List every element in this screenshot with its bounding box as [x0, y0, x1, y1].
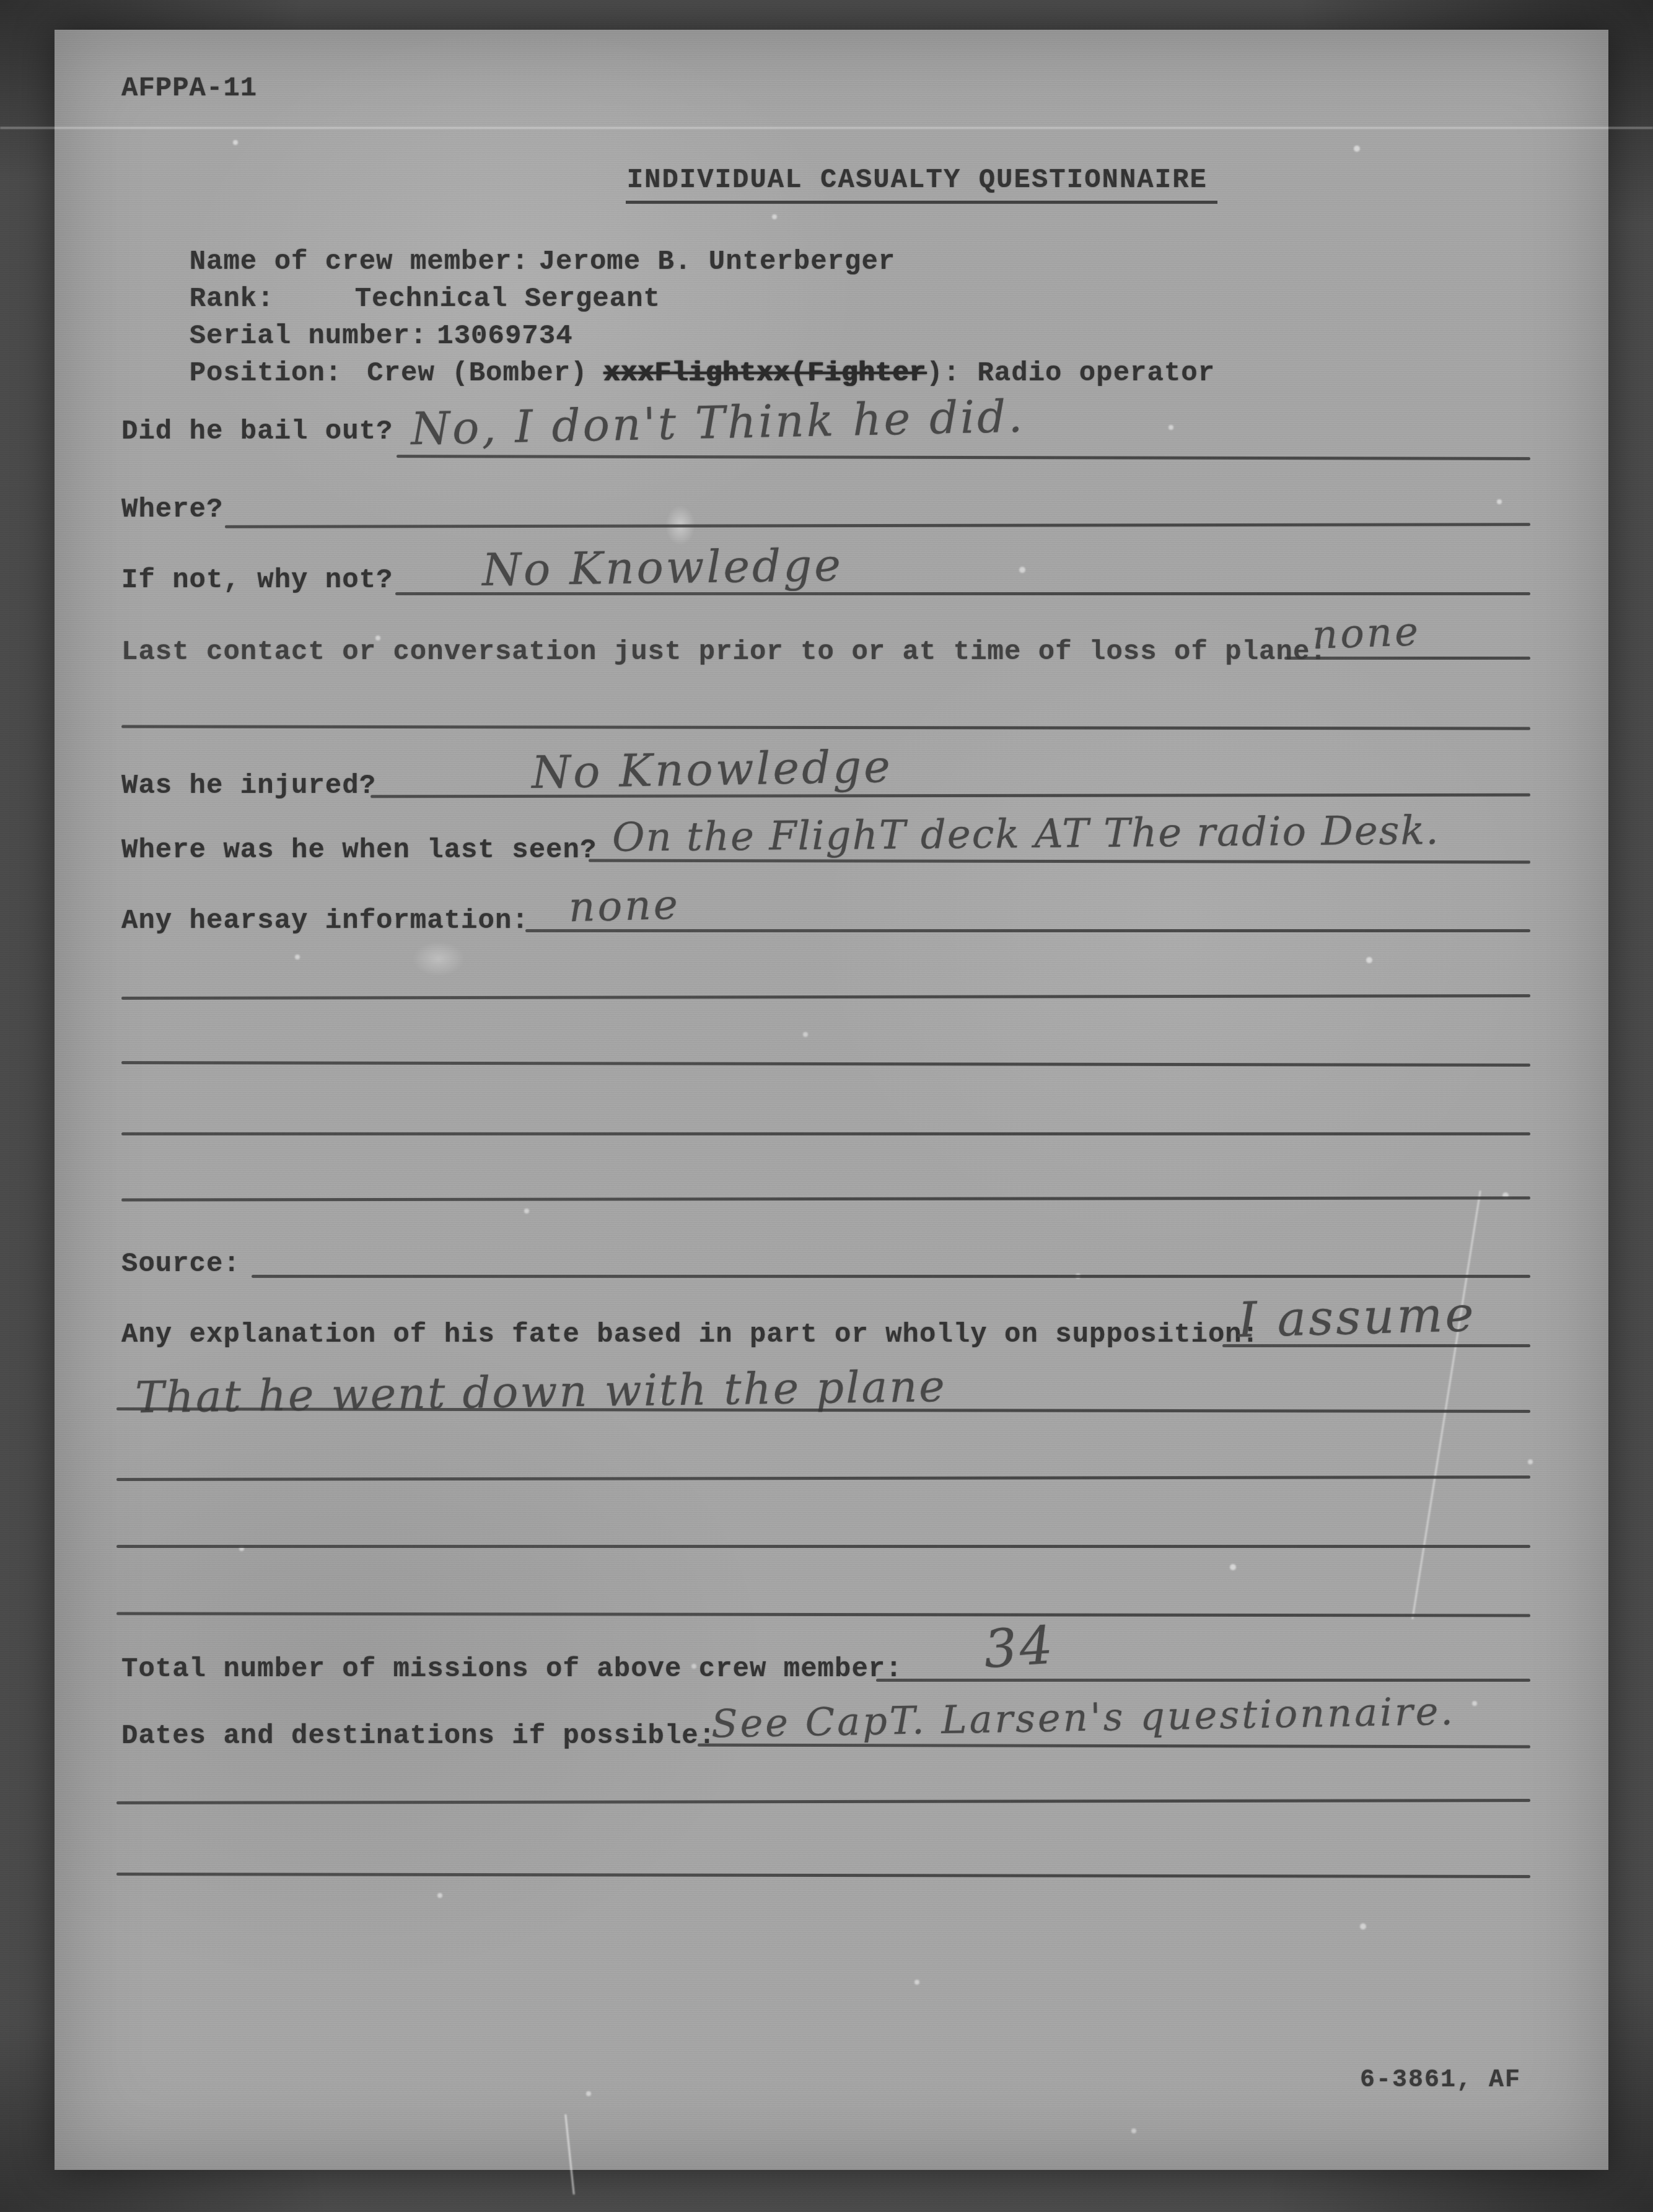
page-title-text: INDIVIDUAL CASUALTY QUESTIONNAIRE	[626, 165, 1217, 204]
page-title: INDIVIDUAL CASUALTY QUESTIONNAIRE	[558, 134, 1217, 227]
scan-artifact-line	[0, 127, 1653, 129]
last-seen-label: Where was he when last seen?	[121, 835, 597, 866]
bail-out-label: Did he bail out?	[121, 416, 393, 447]
hearsay-answer: none	[568, 881, 681, 932]
blank-rule	[116, 1475, 1530, 1481]
answer-rule	[525, 929, 1530, 932]
why-not-label: If not, why not?	[121, 565, 393, 596]
answer-rule	[252, 1275, 1530, 1278]
answer-rule	[1284, 657, 1530, 660]
injured-answer: No Knowledge	[531, 740, 893, 798]
blank-rule	[121, 1061, 1530, 1067]
supposition-answer-part2: That he went down with the plane	[134, 1361, 947, 1423]
where-label: Where?	[121, 494, 223, 525]
blank-rule	[116, 1545, 1530, 1548]
blank-rule	[121, 994, 1530, 1000]
blank-rule	[116, 1612, 1530, 1617]
answer-rule	[698, 1744, 1530, 1749]
hearsay-label: Any hearsay information:	[121, 906, 529, 937]
position-value: Crew (Bomber)	[367, 358, 587, 389]
dust-speckles	[55, 30, 57, 32]
position-label: Position:	[190, 358, 343, 389]
dates-answer: See CapT. Larsen's questionnaire.	[711, 1689, 1455, 1747]
answer-rule	[395, 592, 1530, 595]
last-contact-label: Last contact or conversation just prior …	[121, 637, 1327, 668]
why-not-answer: No Knowledge	[481, 539, 843, 596]
scratch-artifact	[1411, 1191, 1481, 1619]
document-page: AFPPA-11 INDIVIDUAL CASUALTY QUESTIONNAI…	[55, 30, 1608, 2170]
form-code: AFPPA-11	[121, 73, 257, 104]
answer-rule	[397, 455, 1530, 460]
missions-label: Total number of missions of above crew m…	[121, 1654, 903, 1685]
blank-rule	[121, 1132, 1530, 1135]
supposition-answer-part1: I assume	[1237, 1287, 1477, 1349]
source-label: Source:	[121, 1249, 240, 1280]
last-seen-answer: On the FlighT deck AT The radio Desk.	[612, 808, 1440, 861]
answer-rule	[589, 859, 1530, 864]
last-contact-answer: none	[1312, 609, 1421, 658]
continuation-rule	[121, 725, 1530, 730]
footer-form-number: 6-3861, AF	[1360, 2066, 1521, 2094]
position-struck-text: xxxFlightxx(Fighter	[604, 358, 927, 389]
answer-rule	[225, 523, 1530, 528]
blank-rule	[116, 1799, 1530, 1804]
missions-answer: 34	[982, 1614, 1057, 1680]
answer-rule	[1222, 1344, 1530, 1347]
blank-rule	[121, 1196, 1530, 1201]
supposition-label: Any explanation of his fate based in par…	[121, 1319, 1259, 1350]
blank-rule	[116, 1873, 1530, 1878]
answer-rule	[876, 1679, 1530, 1682]
dates-label: Dates and destinations if possible:	[121, 1721, 716, 1752]
position-suffix: ): Radio operator	[926, 358, 1215, 389]
injured-label: Was he injured?	[121, 771, 376, 802]
